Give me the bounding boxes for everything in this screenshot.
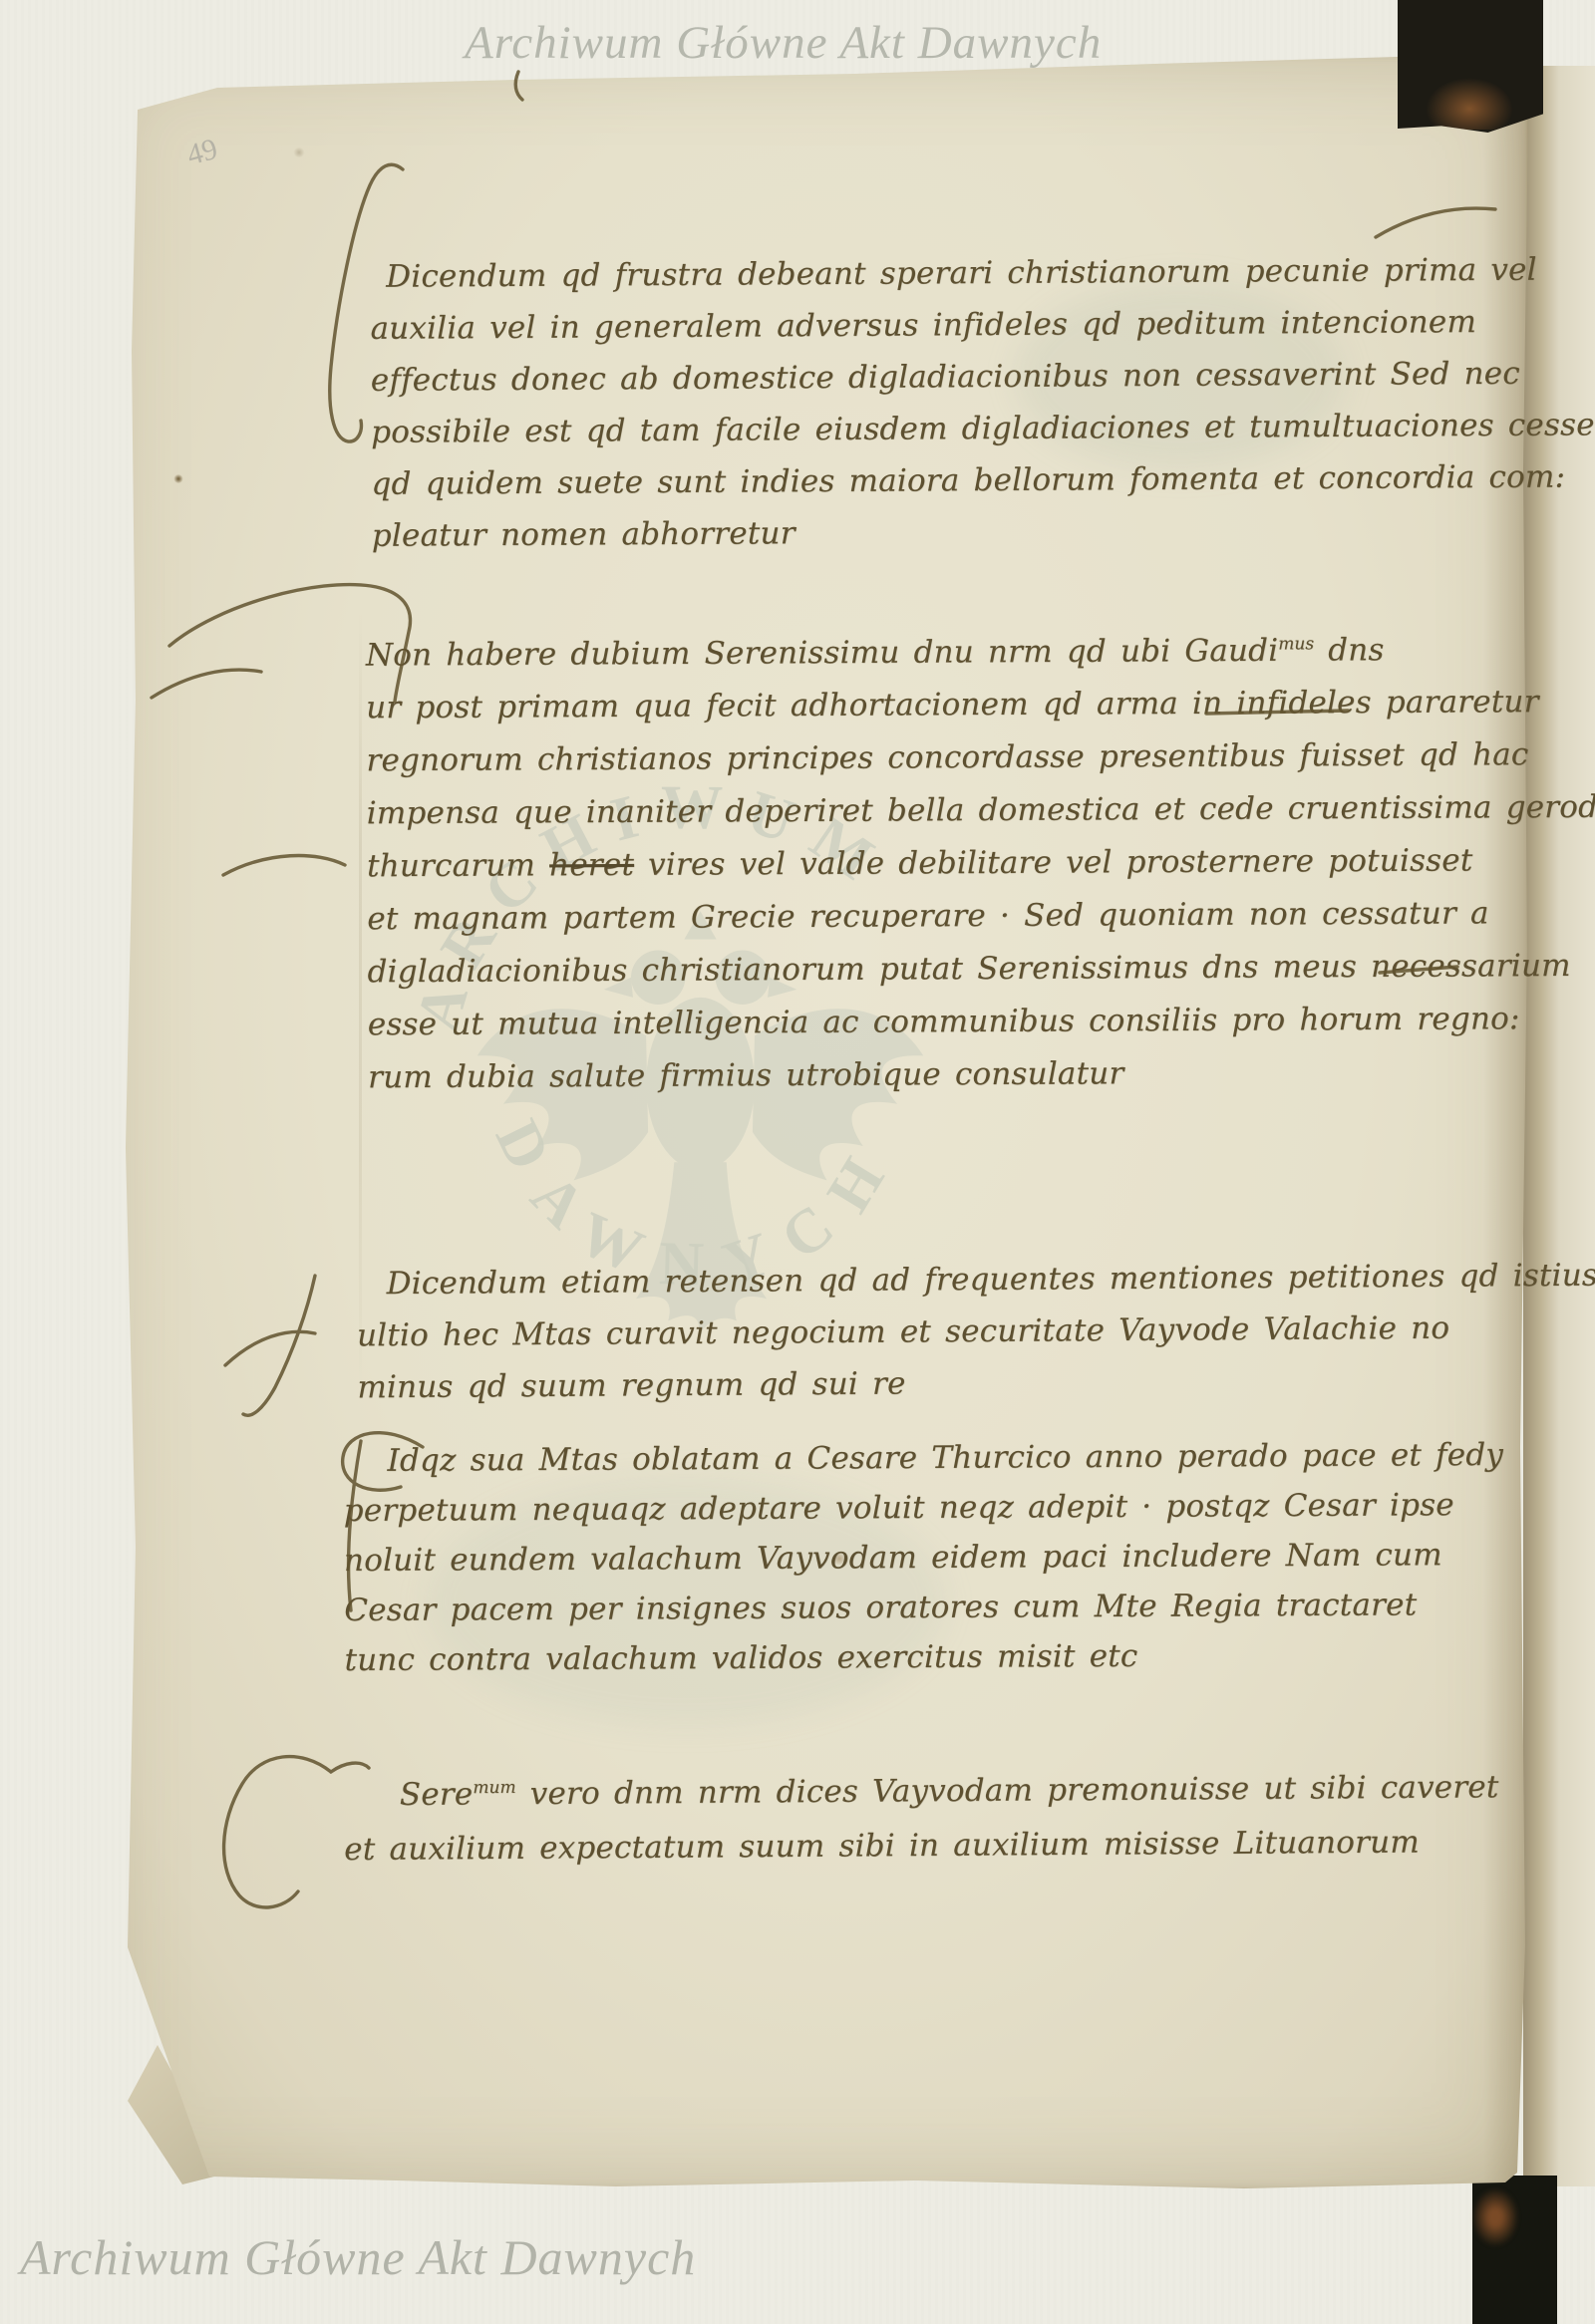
manuscript-line: digladiacionibus christianorum putat Ser… <box>367 940 1595 1000</box>
manuscript-paragraph: Dicendum qd frustra debeant sperari chri… <box>370 243 1595 562</box>
manuscript-line: noluit eundem valachum Vayvodam eidem pa… <box>344 1530 1504 1586</box>
paper-stain <box>293 147 305 157</box>
manuscript-line: auxilia vel in generalem adversus infide… <box>370 295 1595 355</box>
manuscript-line: minus qd suum regnum qd sui re <box>357 1353 1595 1414</box>
manuscript-line: et magnam partem Grecie recuperare · Sed… <box>367 887 1595 947</box>
binding-strap-top <box>1398 0 1543 133</box>
manuscript-line: Cesar pacem per insignes suos oratores c… <box>344 1580 1504 1635</box>
manuscript-line: qd quidem suete sunt indies maiora bello… <box>371 450 1595 510</box>
manuscript-paragraph: Idqz sua Mtas oblatam a Cesare Thurcico … <box>343 1430 1504 1685</box>
manuscript-line: Seremum vero dnm nrm dices Vayvodam prem… <box>400 1754 1499 1823</box>
manuscript-line: Non habere dubium Serenissimu dnu nrm qd… <box>366 617 1595 683</box>
manuscript-line: possibile est qd tam facile eiusdem digl… <box>371 399 1595 458</box>
manuscript-line: thurcarum heret vires vel valde debilita… <box>367 834 1595 894</box>
manuscript-line: esse ut mutua intelligencia ac communibu… <box>368 993 1595 1052</box>
manuscript-paragraph: Non habere dubium Serenissimu dnu nrm qd… <box>366 617 1595 1105</box>
manuscript-line: Idqz sua Mtas oblatam a Cesare Thurcico … <box>387 1430 1503 1486</box>
watermark-text-top: Archiwum Główne Akt Dawnych <box>465 16 1102 70</box>
manuscript-line: effectus donec ab domestice digladiacion… <box>371 347 1595 407</box>
manuscript-paragraph: Dicendum etiam retensen qd ad frequentes… <box>356 1250 1595 1414</box>
manuscript-line: pleatur nomen abhorretur <box>372 502 1595 562</box>
binding-strap-stain <box>1472 2188 1518 2246</box>
manuscript-line: Dicendum qd frustra debeant sperari chri… <box>386 243 1595 303</box>
manuscript-line: et auxilium expectatum suum sibi in auxi… <box>344 1815 1499 1878</box>
manuscript-line: ultio hec Mtas curavit negocium et secur… <box>357 1302 1595 1362</box>
manuscript-line: tunc contra valachum validos exercitus m… <box>344 1629 1504 1685</box>
manuscript-line: Dicendum etiam retensen qd ad frequentes… <box>386 1250 1595 1309</box>
manuscript-paragraph: Seremum vero dnm nrm dices Vayvodam prem… <box>344 1754 1499 1878</box>
manuscript-line: impensa que inaniter deperiret bella dom… <box>367 781 1595 841</box>
paper-stain <box>173 474 183 483</box>
watermark-text-bottom: Archiwum Główne Akt Dawnych <box>20 2228 696 2286</box>
manuscript-line: ur post primam qua fecit adhortacionem q… <box>366 676 1595 735</box>
archive-scan: 49 ARCHIWUM DAWNYCH Dicendum qd f <box>0 0 1595 2324</box>
manuscript-line: perpetuum nequaqz adeptare voluit neqz a… <box>344 1480 1504 1536</box>
manuscript-line: regnorum christianos principes concordas… <box>366 728 1595 788</box>
manuscript-line: rum dubia salute firmius utrobique consu… <box>368 1045 1595 1105</box>
